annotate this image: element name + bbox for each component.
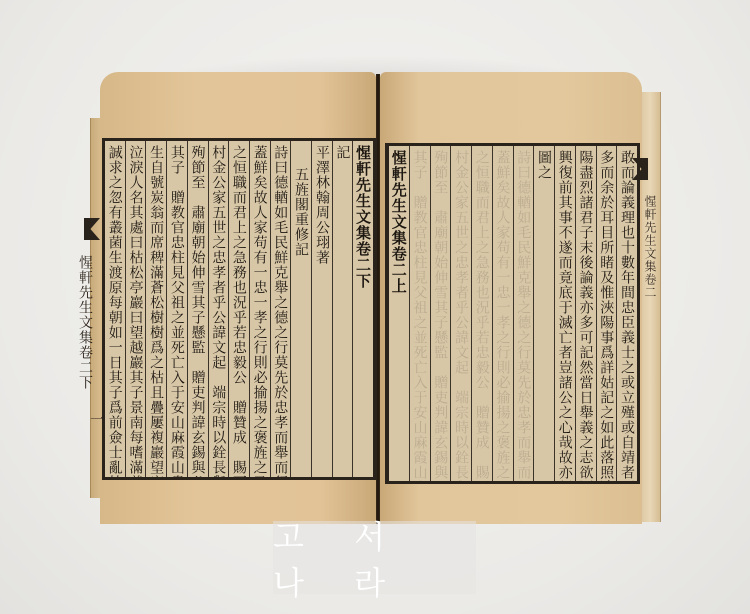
article-title-column: 五旌閣重修記 xyxy=(290,141,311,477)
text-column: 之恒職而君上之急務也況乎若忠毅公 贈贊成 賜不祧白 xyxy=(228,141,249,477)
show-through-column: 蓋鮮矣故人家苟有一忠一孝之行則必揄揚之褒旌之乃士子 xyxy=(492,146,513,481)
right-title-column: 惺軒先生文集卷二上 xyxy=(389,146,409,481)
text-column: 殉節至 肅廟朝始伸雪其子懸監 贈吏判諱玄錫與父同殉 xyxy=(187,141,208,477)
left-title-column: 惺軒先生文集卷二下 xyxy=(352,141,373,477)
left-page-text-frame: 惺軒先生文集卷二下 記 平澤林翰周公珝著 五旌閣重修記 詩曰德輶如毛民鮮克舉之德… xyxy=(102,138,377,480)
text-column: 圖之 xyxy=(533,146,554,481)
fore-edge-title-right: 惺軒先生文集卷二 xyxy=(642,195,659,299)
fore-edge-title-left: 惺軒先生文集卷二下 xyxy=(75,255,95,390)
show-through-column: 殉節至 肅廟朝始伸雪其子懸監 贈吏判諱玄錫與父同殉 xyxy=(430,146,451,481)
author-line: 平澤林翰周公珝著 xyxy=(312,145,332,471)
text-column: 生自號炭翁而席稗滿蒼松樹樹爲之枯且疊屢複巖望寧越而 xyxy=(145,141,166,477)
watermark-text: 고 서 나 라 xyxy=(273,512,476,604)
left-author-column: 平澤林翰周公珝著 xyxy=(311,141,332,477)
text-column: 詩曰德輶如毛民鮮克舉之德之行莫先於忠孝而舉而行之者 xyxy=(270,141,291,477)
left-section-label: 記 xyxy=(332,141,353,477)
text-column: 多而余於耳目所睹及惟浹陽事爲詳姑記之如此落照逾明秋 xyxy=(596,146,617,481)
text-column: 興復前其事不遂而竟底于滅亡者豈諸公之心哉故亦絕筆於 xyxy=(554,146,575,481)
text-column: 其子 贈教官忠柱見父祖之並死亡入于安山麻霞山貴炭爲 xyxy=(166,141,187,477)
text-column: 敢而論義理也十數年間忠臣義士之或立殣或自靖者不爲不 xyxy=(616,146,637,481)
fore-edge-page-number-left: 一 xyxy=(86,412,106,427)
right-page-text-frame: 敢而論義理也十數年間忠臣義士之或立殣或自靖者不爲不 多而余於耳目所睹及惟浹陽事爲… xyxy=(385,143,640,484)
show-through-column: 詩曰德輶如毛民鮮克舉之德之行莫先於忠孝而舉而行之者 xyxy=(513,146,534,481)
show-through-column: 村金公家五世之忠孝者乎公諱文起 端宗時以銓長與六臣 xyxy=(450,146,471,481)
show-through-column: 其子 贈教官忠柱見父祖之並死亡入于安山麻霞山貴炭爲 xyxy=(409,146,430,481)
text-column: 蓋鮮矣故人家苟有一忠一孝之行則必揄揚之褒旌之乃士子 xyxy=(249,141,270,477)
article-title: 五旌閣重修記 xyxy=(293,167,309,257)
text-column: 陽盡烈諸君子末後論義亦多可記然當日舉義之志欲國家之 xyxy=(575,146,596,481)
right-page-stack-edge xyxy=(640,92,661,522)
show-through-column: 之恒職而君上之急務也況乎若忠毅公 贈贊成 賜不祧白 xyxy=(471,146,492,481)
watermark: 고 서 나 라 xyxy=(273,521,476,594)
text-column: 泣淚人名其處曰枯松亭巖曰望越巖其子景南每嗜滿羹公痒 xyxy=(125,141,146,477)
text-column: 誠求之忽有叢菌生渡原每朝如一日其子爲前僉士亂扶百歲 xyxy=(105,141,125,477)
text-column: 村金公家五世之忠孝者乎公諱文起 端宗時以銓長與六臣 xyxy=(208,141,229,477)
